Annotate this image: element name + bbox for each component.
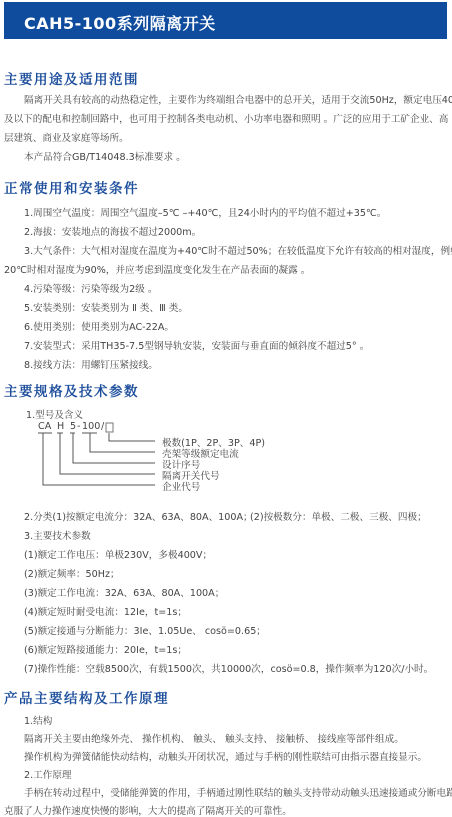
- usage-line-2: 及以下的配电和控制回路中，也可用于控制各类电动机、小功率电器和照明 。广泛的应用…: [4, 114, 448, 126]
- param-6: (6)额定短路接通能力：20Ie，t=1s；: [24, 645, 187, 657]
- principle-heading: 2.工作原理: [24, 770, 72, 782]
- condition-8: 8.接线方法：用螺钉压紧接线。: [24, 360, 158, 372]
- condition-3-cont: 20℃时相对湿度为90%，并应考虑到温度变化发生在产品表面的凝露 。: [4, 265, 310, 277]
- usage-line-1: 隔离开关具有较高的动热稳定性，主要作为终端组合电器中的总开关，适用于交流50Hz…: [24, 95, 452, 107]
- condition-4: 4.污染等级：污染等级为2级 。: [24, 284, 157, 296]
- structure-line-2: 操作机构为弹簧储能快动结构，动触头开闭状况，通过与手柄的刚性联结可由指示器直接显…: [24, 752, 427, 764]
- structure-line-1: 隔离开关主要由绝缘外壳、 操作机构、 触头、 触头支持、 接触桥、 接线座等部件…: [24, 734, 404, 746]
- title-banner: CAH5-100系列隔离开关: [4, 2, 447, 39]
- condition-1: 1.周围空气温度：周围空气温度–5℃ –+40℃，且24小时内的平均值不超过+3…: [24, 208, 386, 220]
- page-title: CAH5-100系列隔离开关: [24, 11, 216, 34]
- section-title-usage: 主要用途及适用范围: [4, 68, 139, 88]
- model-diagram-lines: [0, 420, 300, 505]
- usage-line-4: 本产品符合GB/T14048.3标准要求 。: [24, 152, 186, 164]
- section-title-conditions: 正常使用和安装条件: [4, 177, 139, 197]
- condition-3: 3.大气条件：大气相对湿度在温度为+40℃时不超过50%；在较低温度下允许有较高…: [24, 246, 452, 258]
- code-h: H: [57, 421, 64, 432]
- code-ca: CA: [38, 421, 51, 432]
- structure-heading: 1.结构: [24, 716, 52, 728]
- section-title-specs: 主要规格及技术参数: [4, 380, 139, 400]
- param-1: (1)额定工作电压：单极230V，多极400V；: [24, 550, 212, 562]
- condition-5: 5.安装类别：安装类别为 Ⅱ 类、Ⅲ 类。: [24, 303, 188, 315]
- condition-6: 6.使用类别：使用类别为AC-22A。: [24, 322, 174, 334]
- principle-line-1: 手柄在转动过程中，受储能弹簧的作用，手柄通过刚性联结的触头支持带动动触头迅速接通…: [24, 788, 452, 800]
- param-3: (3)额定工作电流：32A、63A、80A、100A；: [24, 588, 224, 600]
- section-title-structure: 产品主要结构及工作原理: [4, 687, 169, 707]
- principle-line-2: 克服了人力操作速度快慢的影响，大大的提高了隔离开关的可靠性。: [4, 806, 292, 817]
- classification-poles: (2)按极数分：单极、二极、三极、四极；: [250, 512, 427, 524]
- condition-2: 2.海拔：安装地点的海拔不超过2000m。: [24, 227, 201, 239]
- param-5: (5)额定接通与分断能力：3Ie、1.05Ue、 cosö=0.65；: [24, 626, 266, 638]
- param-2: (2)额定频率：50Hz；: [24, 569, 120, 581]
- condition-7: 7.安装型式：采用TH35-7.5型钢导轨安装，安装面与垂直面的倾斜度不超过5°…: [24, 341, 369, 353]
- code-5: 5: [70, 421, 76, 432]
- param-4: (4)额定短时耐受电流：12Ie，t=1s；: [24, 607, 187, 619]
- code-100: 100: [82, 421, 100, 432]
- classification-current: 2.分类(1)按额定电流分：32A、63A、80A、100A；: [24, 512, 253, 524]
- code-dash: -: [77, 421, 80, 432]
- param-7: (7)操作性能：空载8500次，有载1500次，共10000次，cosö=0.8…: [24, 664, 433, 676]
- code-slash: /: [101, 421, 104, 432]
- label-company-code: 企业代号: [162, 479, 200, 493]
- params-heading: 3.主要技术参数: [24, 531, 91, 543]
- model-code-diagram: CA H 5 - 100 / 极数(1P、2P、3P、4P) 壳架等级额定电流 …: [0, 420, 300, 505]
- usage-line-3: 层建筑、商业及家庭等场所。: [4, 133, 129, 145]
